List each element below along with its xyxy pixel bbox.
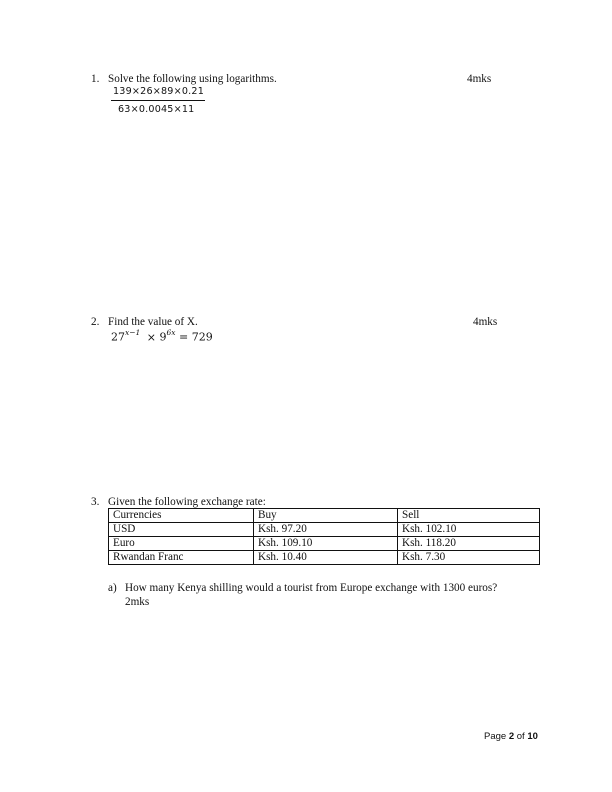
fraction-denominator: 63×0.0045×11 bbox=[118, 104, 194, 115]
table-row: USD Ksh. 97.20 Ksh. 102.10 bbox=[109, 523, 540, 537]
table-header-row: Currencies Buy Sell bbox=[109, 509, 540, 523]
table-cell: Euro bbox=[109, 537, 254, 551]
sub-question-a-label: a) bbox=[108, 582, 117, 594]
table-cell: Ksh. 97.20 bbox=[254, 523, 398, 537]
question-3-number: 3. bbox=[91, 496, 99, 508]
table-cell: USD bbox=[109, 523, 254, 537]
question-2-equation: 27x−1 × 96x = 729 bbox=[111, 329, 213, 344]
question-3-text: Given the following exchange rate: bbox=[108, 496, 266, 508]
question-1-marks: 4mks bbox=[467, 73, 491, 85]
page-footer: Page 2 of 10 bbox=[484, 731, 538, 742]
table-header-cell: Currencies bbox=[109, 509, 254, 523]
table-row: Euro Ksh. 109.10 Ksh. 118.20 bbox=[109, 537, 540, 551]
table-row: Rwandan Franc Ksh. 10.40 Ksh. 7.30 bbox=[109, 551, 540, 565]
equation-exponent-2: 6x bbox=[167, 328, 176, 337]
equation-rhs: = 729 bbox=[179, 331, 213, 344]
equation-base-1: 27 bbox=[111, 331, 125, 344]
question-1-text: Solve the following using logarithms. bbox=[108, 73, 277, 85]
table-cell: Ksh. 102.10 bbox=[398, 523, 540, 537]
equation-base-2: 9 bbox=[160, 331, 167, 344]
sub-question-a-text: How many Kenya shilling would a tourist … bbox=[125, 582, 497, 594]
equation-operator: × bbox=[147, 331, 156, 344]
table-cell: Ksh. 118.20 bbox=[398, 537, 540, 551]
sub-question-a-marks: 2mks bbox=[125, 596, 149, 608]
footer-total-pages: 10 bbox=[527, 731, 538, 742]
fraction-numerator: 139×26×89×0.21 bbox=[113, 86, 204, 97]
table-cell: Rwandan Franc bbox=[109, 551, 254, 565]
table-cell: Ksh. 7.30 bbox=[398, 551, 540, 565]
table-cell: Ksh. 109.10 bbox=[254, 537, 398, 551]
footer-page-word: Page bbox=[484, 731, 506, 742]
question-1-number: 1. bbox=[91, 73, 99, 85]
table-header-cell: Sell bbox=[398, 509, 540, 523]
equation-exponent-1: x−1 bbox=[125, 328, 140, 337]
fraction-bar bbox=[111, 100, 205, 101]
question-2-marks: 4mks bbox=[473, 316, 497, 328]
footer-of-word: of bbox=[517, 731, 525, 742]
question-2-number: 2. bbox=[91, 316, 99, 328]
exchange-rate-table: Currencies Buy Sell USD Ksh. 97.20 Ksh. … bbox=[108, 508, 540, 565]
question-2-text: Find the value of X. bbox=[108, 316, 198, 328]
table-header-cell: Buy bbox=[254, 509, 398, 523]
table-cell: Ksh. 10.40 bbox=[254, 551, 398, 565]
footer-current-page: 2 bbox=[509, 731, 514, 742]
